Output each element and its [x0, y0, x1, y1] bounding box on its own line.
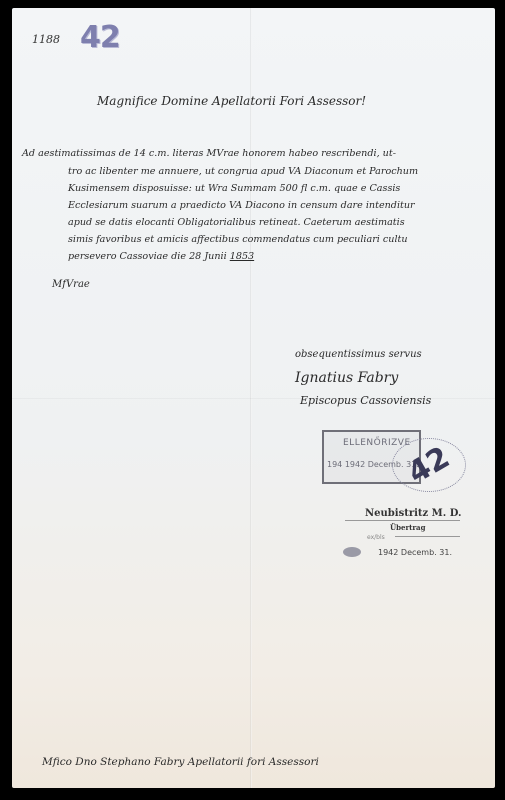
signature-name: Ignatius Fabry [295, 370, 398, 386]
body-line: simis favoribus et amicis affectibus com… [68, 234, 408, 245]
body-line: Ad aestimatissimas de 14 c.m. literas MV… [22, 148, 396, 159]
ink-blot [343, 547, 361, 557]
catalog-number: 1188 [32, 33, 60, 46]
body-line: Kusimensem disposuisse: ut Wra Summam 50… [68, 183, 400, 194]
body-line: tro ac libenter me annuere, ut congrua a… [68, 166, 418, 177]
divider [345, 520, 460, 521]
body-line: apud se datis elocanti Obligatorialibus … [68, 217, 405, 228]
signature-servus: obsequentissimus servus [295, 349, 422, 360]
divider [395, 536, 460, 537]
dateline: persevero Cassoviae die 28 Junii [68, 251, 227, 262]
address-line: Mfico Dno Stephano Fabry Apellatorii for… [42, 756, 319, 768]
signature-title: Episcopus Cassoviensis [300, 394, 431, 407]
neusohl-stamp-sub: Übertrag [390, 523, 426, 532]
document-page: 1188 42 Magnifice Domine Apellatorii For… [12, 8, 495, 788]
salutation: Magnifice Domine Apellatorii Fori Assess… [97, 94, 366, 108]
year: 1853 [230, 251, 254, 262]
neusohl-stamp-date: 1942 Decemb. 31. [378, 548, 452, 557]
closing: MfVrae [52, 279, 90, 290]
neusohl-stamp-small: ex/bls [367, 534, 385, 541]
body-line-last: persevero Cassoviae die 28 Junii 1853 [68, 251, 254, 262]
stamp-number: 42 [80, 20, 120, 55]
neusohl-stamp-title: Neubistritz M. D. [365, 508, 462, 519]
body-line: Ecclesiarum suarum a praedicto VA Diacon… [68, 200, 415, 211]
